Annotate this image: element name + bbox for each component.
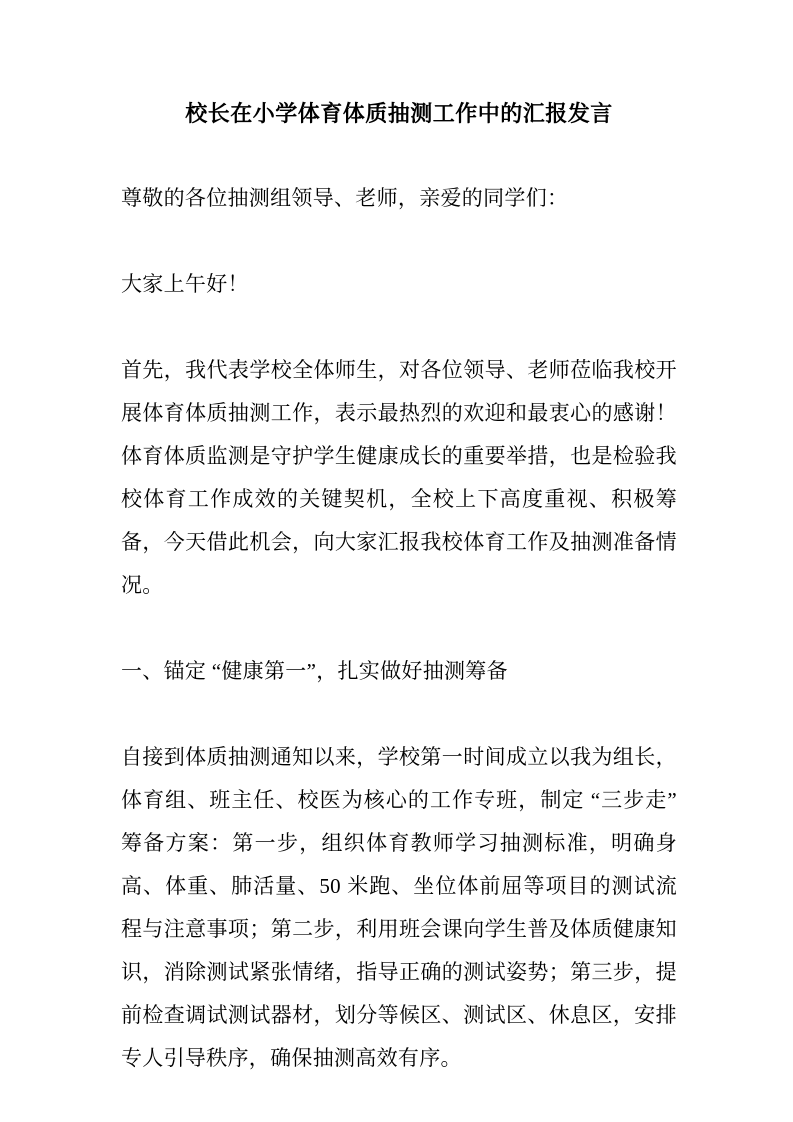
greeting-paragraph: 大家上午好！ — [121, 263, 677, 306]
section-body-paragraph: 自接到体质抽测通知以来，学校第一时间成立以我为组长，体育组、班主任、校医为核心的… — [121, 736, 677, 1080]
intro-paragraph: 首先，我代表学校全体师生，对各位领导、老师莅临我校开展体育体质抽测工作，表示最热… — [121, 349, 677, 607]
document-page: 校长在小学体育体质抽测工作中的汇报发言 尊敬的各位抽测组领导、老师，亲爱的同学们… — [0, 0, 793, 1122]
document-title: 校长在小学体育体质抽测工作中的汇报发言 — [121, 92, 677, 135]
section-heading-paragraph: 一、锚定 “健康第一”，扎实做好抽测筹备 — [121, 650, 677, 693]
salutation-paragraph: 尊敬的各位抽测组领导、老师，亲爱的同学们： — [121, 177, 677, 220]
